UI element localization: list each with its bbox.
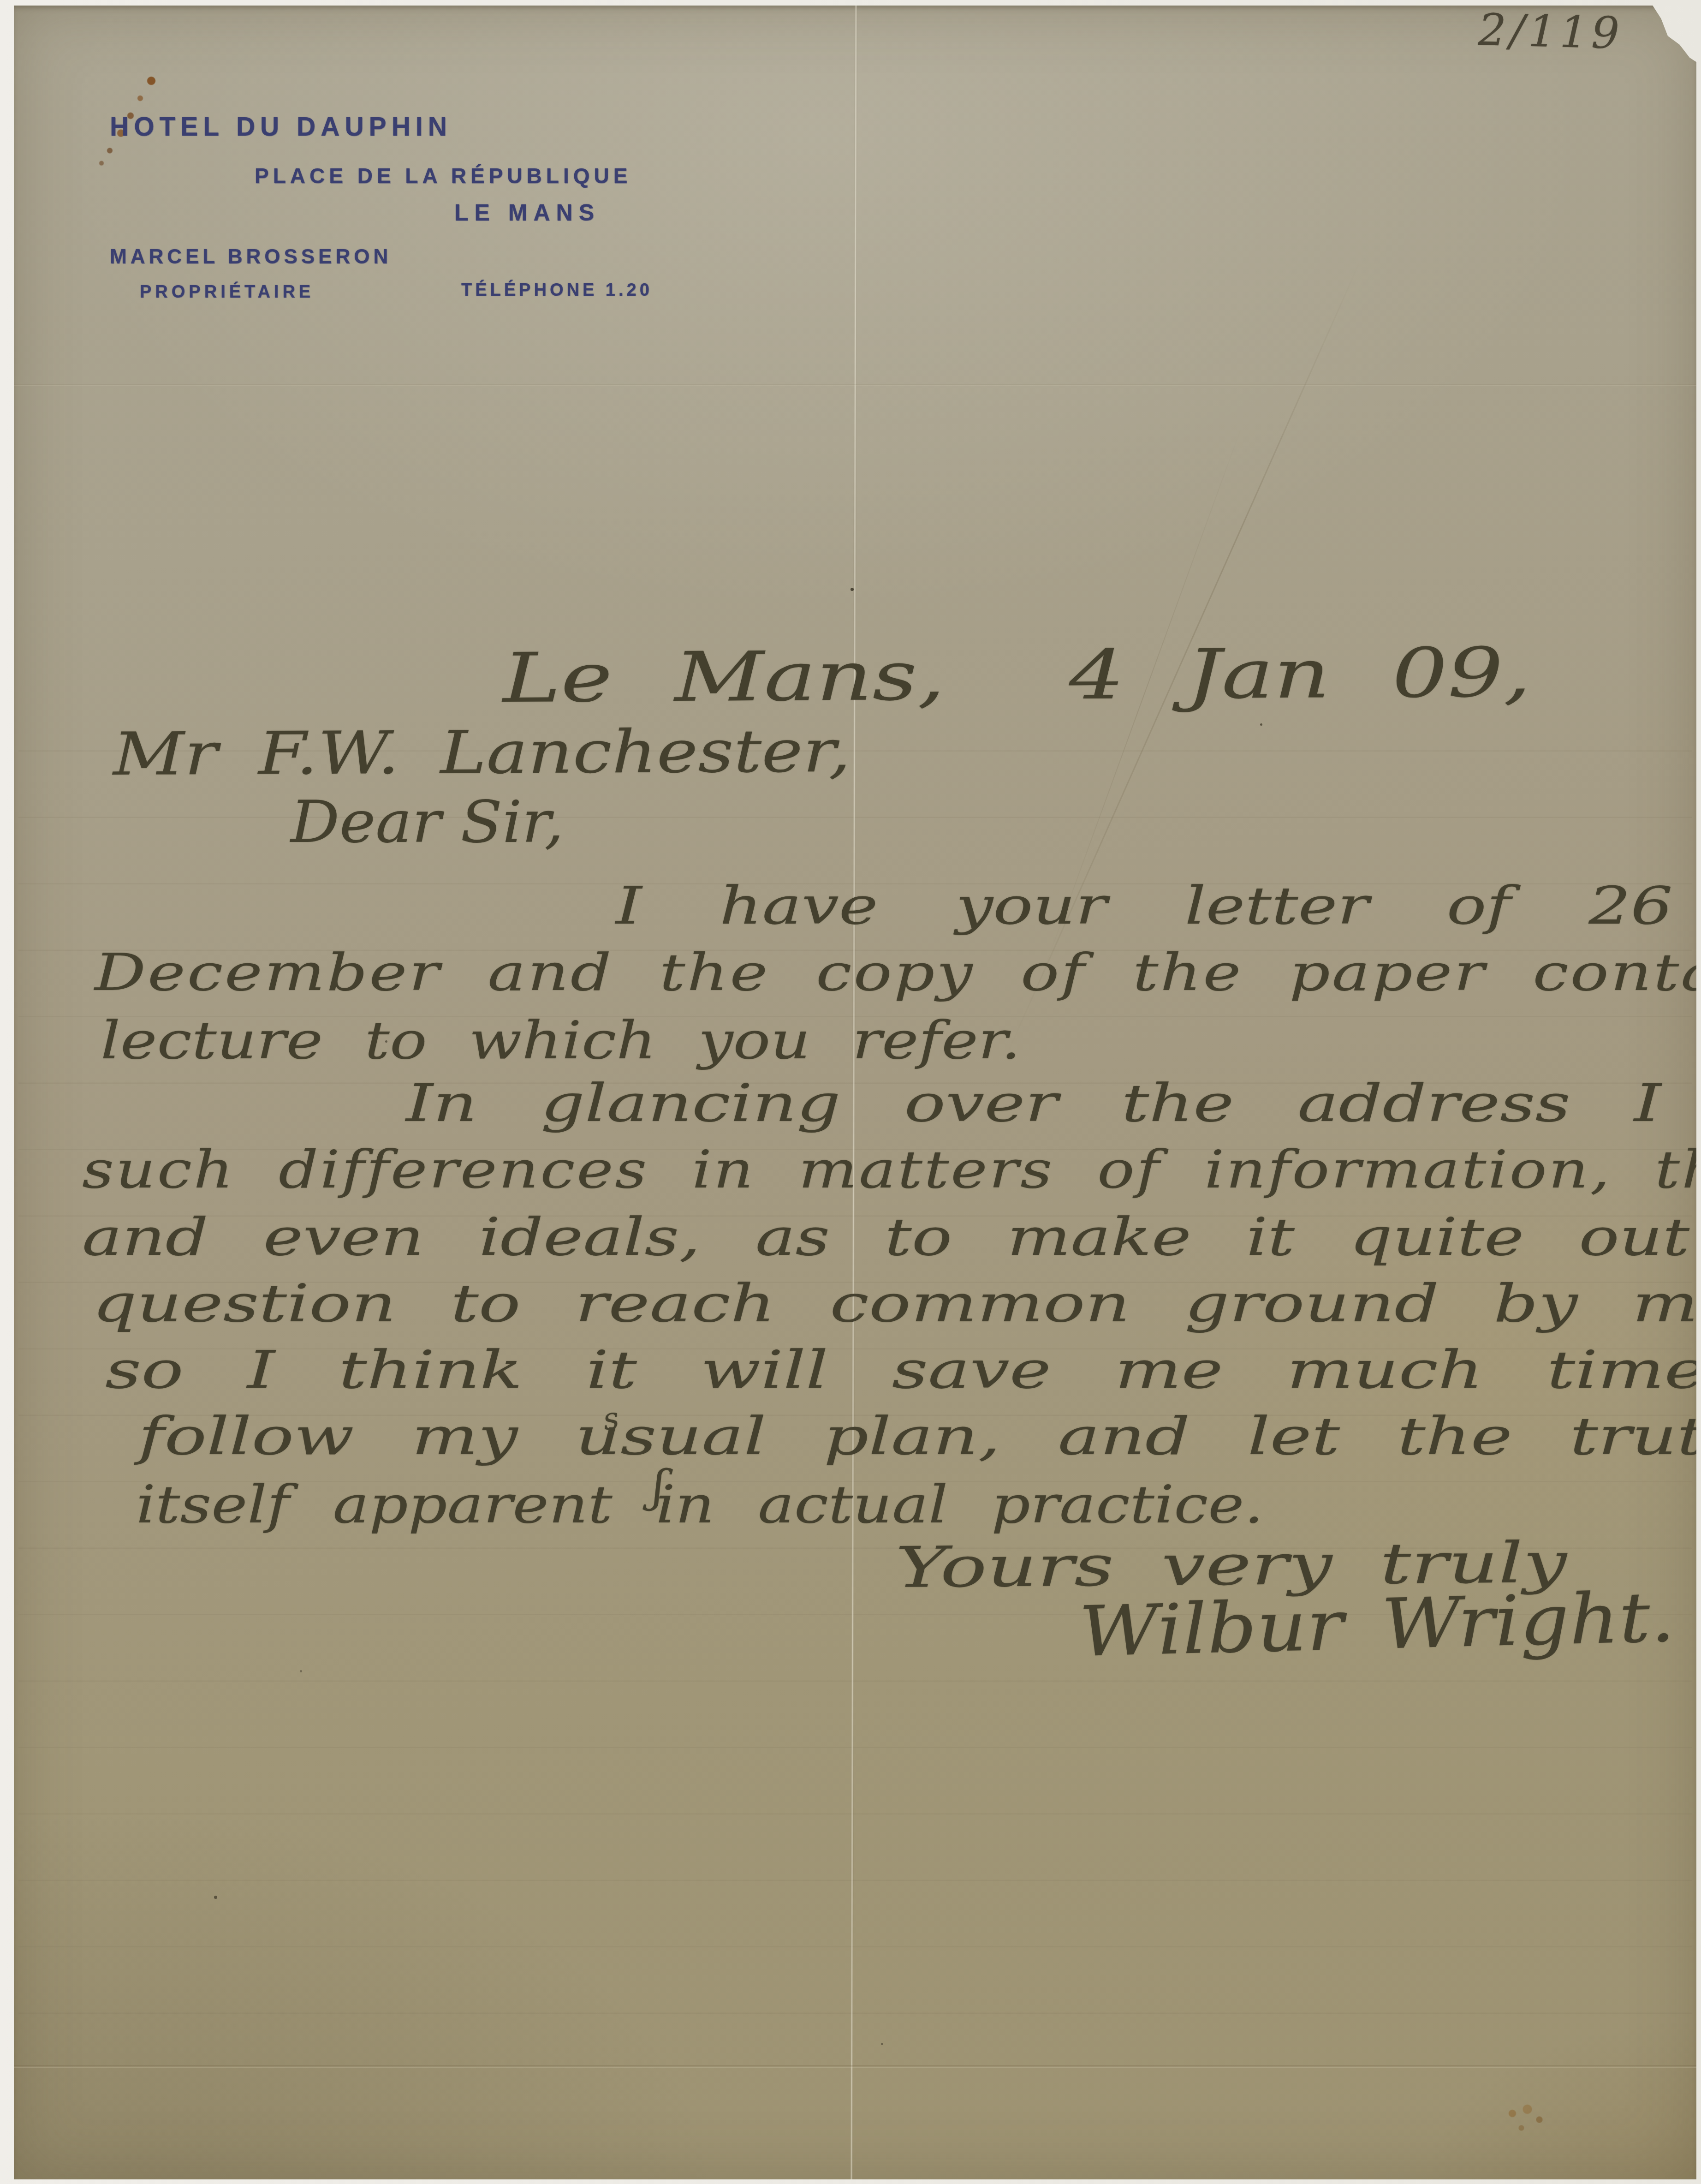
letter-body-line: December and the copy of the paper conta… <box>95 943 1701 1002</box>
letter-body-line: question to reach common ground by mere … <box>92 1274 1701 1334</box>
letter-salutation: Dear Sir, <box>291 789 564 856</box>
letter-body-line: and even ideals, as to make it quite out… <box>82 1208 1701 1267</box>
letter-body-line: such differences in matters of informati… <box>82 1140 1701 1200</box>
letter-recipient: Mr F.W. Lanchester, <box>113 717 851 788</box>
archival-page-number: 2/119 <box>1478 5 1624 59</box>
letter-paper-sheet: 2/119 HOTEL DU DAUPHIN PLACE DE LA RÉPUB… <box>14 6 1696 2179</box>
letter-body-line: I have your letter of 26 <box>616 877 1673 936</box>
letterhead-address: PLACE DE LA RÉPUBLIQUE <box>255 163 631 188</box>
letter-body-line: itself apparent in actual practice. <box>136 1475 1263 1535</box>
letterhead-telephone: TÉLÉPHONE 1.20 <box>461 280 653 300</box>
letter-body-line: lecture to which you refer. <box>101 1011 1021 1071</box>
wilbur-wright-signature: Wilbur Wright. <box>1078 1578 1676 1672</box>
upper-horizontal-crease <box>0 384 1701 386</box>
sheet-content: 2/119 HOTEL DU DAUPHIN PLACE DE LA RÉPUB… <box>0 0 1701 2184</box>
letterhead-city: LE MANS <box>454 199 600 226</box>
lower-horizontal-fold-crease <box>0 2065 1701 2068</box>
letterhead-proprietor-name: MARCEL BROSSERON <box>110 245 392 269</box>
letter-body-line: follow my usual plan, and let the truth … <box>138 1407 1701 1467</box>
letter-body-line: so I think it will save me much time if … <box>105 1341 1701 1400</box>
letter-body-line: In glancing over the address I note <box>406 1074 1701 1134</box>
letterhead-proprietor-title: PROPRIÉTAIRE <box>140 282 314 302</box>
letter-dateline: Le Mans, 4 Jan 09, <box>502 633 1531 717</box>
foxing-stain <box>1494 2097 1554 2138</box>
letterhead-hotel-name: HOTEL DU DAUPHIN <box>110 112 452 142</box>
